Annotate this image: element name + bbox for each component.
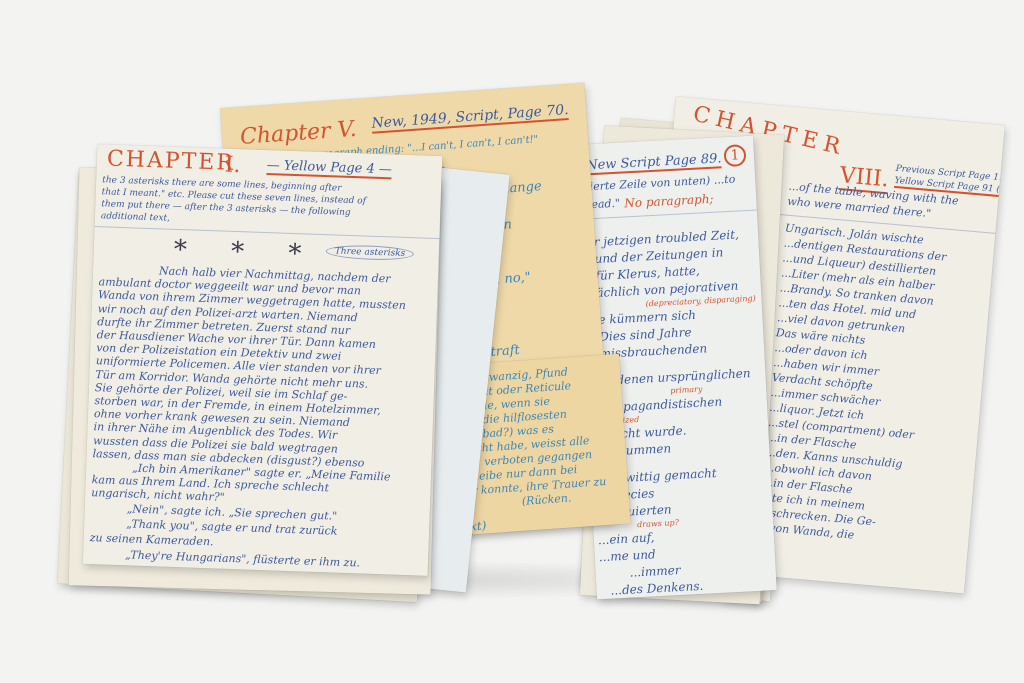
- chapter-1-heading: CHAPTER: [106, 146, 235, 175]
- chapter-5-heading: Chapter V.: [239, 117, 357, 150]
- chapter-1-body: Nach halb vier Nachmittag, nachdem der a…: [88, 262, 407, 576]
- chapter-5-note: New, 1949, Script, Page 70.: [371, 102, 569, 134]
- margin-note: Three asterisks: [326, 244, 415, 261]
- chapter-1-note: — Yellow Page 4 —: [266, 158, 392, 179]
- circled-number: 1: [723, 144, 746, 167]
- chapter-8-lines: ...of the table, waving with the who wer…: [758, 179, 959, 550]
- manuscript-photo: CHAPTER VIII. Previous Script Page 118 Y…: [0, 0, 1024, 683]
- red-annotation: No paragraph;: [624, 192, 714, 211]
- script-89-note: New Script Page 89.: [586, 151, 722, 175]
- sheet-chapter-1: CHAPTER I. — Yellow Page 4 — the 3 aster…: [83, 144, 442, 576]
- chapter-1-intro: the 3 asterisks there are some lines, be…: [101, 174, 367, 231]
- chapter-1-numeral: I.: [224, 153, 241, 179]
